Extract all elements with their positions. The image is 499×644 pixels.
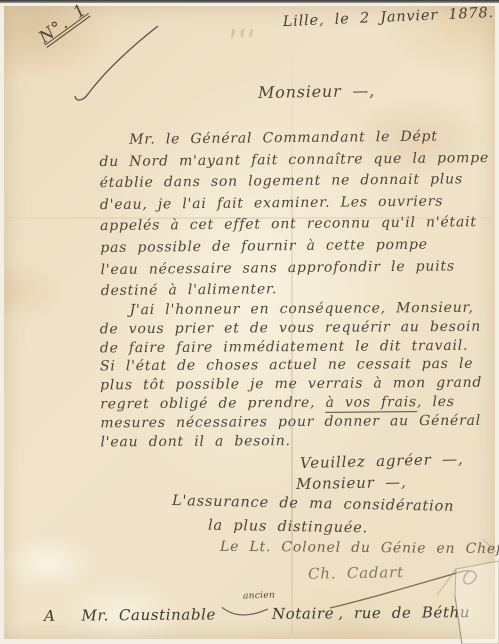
letter-line: J'ai l'honneur en conséquence, Monsieur, [99,299,497,321]
letter-line: de vous prier et de vous requérir au bes… [100,317,498,339]
paragraph-2: J'ai l'honneur en conséquence, Monsieur,… [99,299,498,452]
address-honorific: Mr. [81,606,109,624]
address-to: A [44,607,56,625]
scanned-letter: N°. 1 Lille, le 2 Janvier 1878. Monsieur… [0,0,499,644]
closing-line: la plus distinguée. [208,518,368,537]
address-title: Notaire [272,604,334,623]
folded-corner [429,539,499,644]
connector-stroke [220,601,272,623]
pencil-mark [226,29,258,37]
frais-after: , les [417,394,455,410]
letter-line: l'eau nécessaire sans approfondir le pui… [100,255,498,281]
letter-line: l'eau dont il a besoin. [100,430,498,452]
letter-line: mesures nécessaires pour donner au Génér… [100,411,498,433]
underlined-phrase: à vos frais [325,394,417,413]
letter-line: appelés à cet effet ont reconnu qu'il n'… [100,212,498,238]
inserted-word: ancien [243,590,275,601]
salutation: Monsieur —, [258,81,375,102]
letter-line-underlined-phrase: regret obligé de prendre, à vos frais, l… [100,393,498,415]
corner-flourish-stroke [30,8,170,108]
closing-line: Monsieur —, [296,473,407,493]
frais-before: regret obligé de prendre, [100,395,325,413]
address-line: AMr.CaustinableNotaire, rue de Béthu [44,599,470,625]
address-name: Caustinable [119,605,216,624]
paragraph-1: Mr. le Général Commandant le Dépt du Nor… [99,126,499,303]
